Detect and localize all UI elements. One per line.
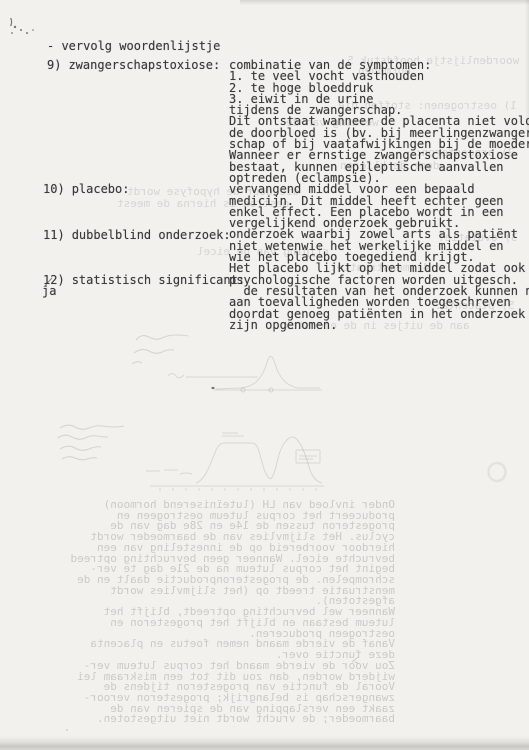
stain-ring [489, 463, 506, 481]
ink-speck [211, 387, 214, 389]
ghost-graph-a [168, 356, 322, 392]
ghost-graph-b [146, 433, 324, 491]
margin-note: ja [42, 286, 56, 297]
page-heading: - vervolg woordenlijstje [47, 41, 220, 52]
handwriting-scribble-icon [132, 335, 188, 364]
entry-term: dubbelblind onderzoek: [72, 228, 231, 242]
entry-label-10: 10)placebo: [43, 184, 129, 195]
entry-number: 10) [43, 184, 65, 195]
entry-label-11: 11)dubbelblind onderzoek: [43, 230, 231, 241]
entry-label-9: 9)zwangerschapstoxiose: [47, 60, 220, 71]
definition-column: combinatie van de symptomen:1. te veel v… [229, 60, 529, 331]
entry-label-12: 12)statistisch significant: [43, 275, 245, 286]
scan-edge-bottom [0, 736, 529, 750]
bleedthrough-reverse-text: Onder invloed van LH (luteïniserend horm… [50, 500, 395, 725]
scanned-document-page: Onder invloed van LH (luteïniserend horm… [0, 0, 529, 750]
scan-edge-top [240, 0, 529, 5]
scan-edge-right [525, 0, 529, 130]
handwriting-scribble-icon [58, 425, 124, 460]
ink-speck [66, 729, 68, 731]
definition-line: zijn opgenomen. [229, 320, 529, 331]
entry-term: statistisch significant: [72, 273, 245, 287]
entry-number: 9) [47, 60, 61, 71]
entry-number: 11) [43, 230, 65, 241]
entry-term: placebo: [72, 182, 130, 196]
paper-speckles-icon [10, 18, 34, 34]
bleedthrough-line: baarmoeder; de vrucht wordt niet uitgest… [50, 714, 395, 725]
entry-term: zwangerschapstoxiose: [68, 58, 220, 72]
